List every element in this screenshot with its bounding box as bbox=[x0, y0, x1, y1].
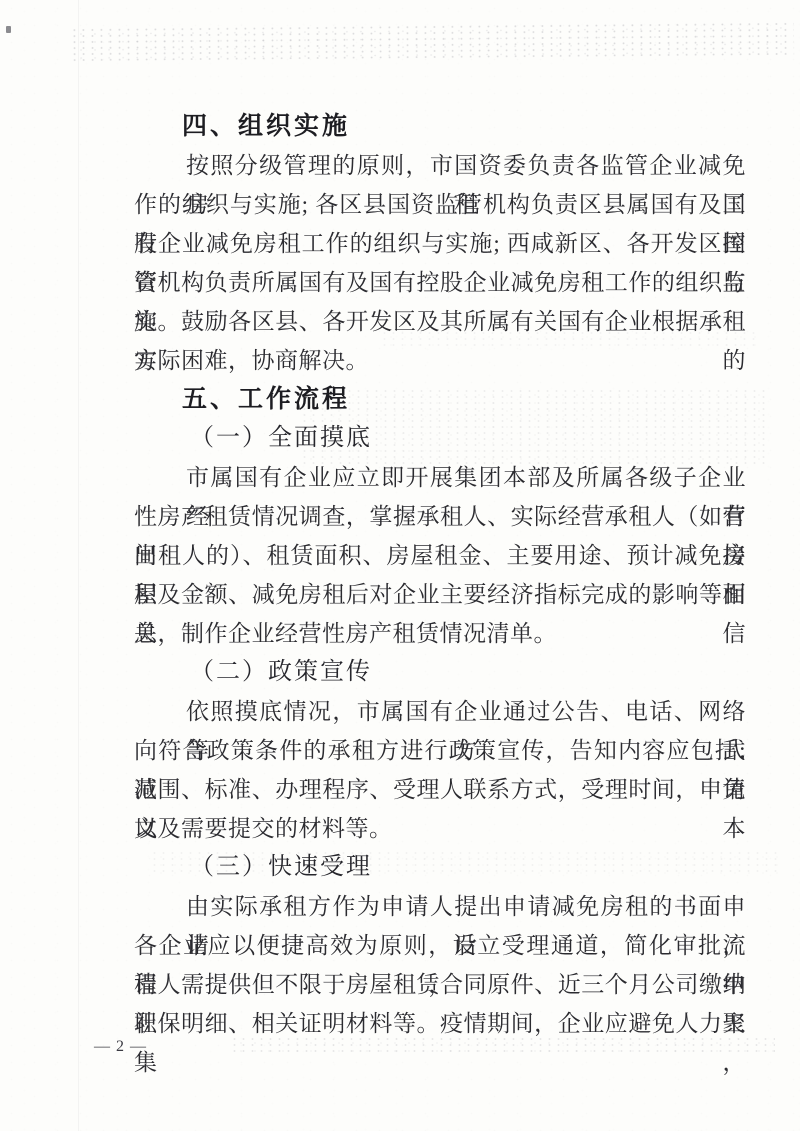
text-line: 按照分级管理的原则，市国资委负责各监管企业减免房租工 bbox=[134, 146, 746, 185]
text-line: 积及金额、减免房租后对企业主要经济指标完成的影响等相关信 bbox=[134, 575, 746, 614]
text-line: 市属国有企业应立即开展集团本部及所属各级子企业经营 bbox=[134, 458, 746, 497]
subsection-heading: （一）全面摸底 bbox=[134, 419, 746, 458]
text-line: 范围、标准、办理程序、受理人联系方式，受理时间，申请文本 bbox=[134, 770, 746, 809]
page-number: — 2 — bbox=[94, 1038, 147, 1056]
text-line: 管机构负责所属国有及国有控股企业减免房租工作的组织与实 bbox=[134, 263, 746, 302]
scan-edge-artifact bbox=[78, 0, 79, 1131]
section-heading: 四、组织实施 bbox=[134, 107, 746, 146]
text-line: 依照摸底情况，市属国有企业通过公告、电话、网络等方式 bbox=[134, 692, 746, 731]
document-body: 四、组织实施按照分级管理的原则，市国资委负责各监管企业减免房租工作的组织与实施;… bbox=[134, 107, 746, 1043]
text-line: 请人需提供但不限于房屋租赁合同原件、近三个月公司缴纳职工 bbox=[134, 965, 746, 1004]
text-line: 出租人的）、租赁面积、房屋租金、主要用途、预计减免房屋面 bbox=[134, 536, 746, 575]
text-line: 各企业应以便捷高效为原则，设立受理通道，简化审批流程，申 bbox=[134, 926, 746, 965]
scan-corner-mark bbox=[6, 26, 11, 33]
text-line: 社保明细、相关证明材料等。疫情期间，企业应避免人力聚集， bbox=[134, 1004, 746, 1043]
text-line: 施。鼓励各区县、各开发区及其所属有关国有企业根据承租方的 bbox=[134, 302, 746, 341]
text-line: 作的组织与实施; 各区县国资监管机构负责区县属国有及国有控 bbox=[134, 185, 746, 224]
text-line: 由实际承租方作为申请人提出申请减免房租的书面申请后， bbox=[134, 887, 746, 926]
text-line: 性房产租赁情况调查，掌握承租人、实际经营承租人（如有间接 bbox=[134, 497, 746, 536]
text-line: 股企业减免房租工作的组织与实施; 西咸新区、各开发区国资监 bbox=[134, 224, 746, 263]
scan-noise-band bbox=[70, 21, 794, 61]
text-line: 向符合政策条件的承租方进行政策宣传，告知内容应包括: 减免 bbox=[134, 731, 746, 770]
subsection-heading: （二）政策宣传 bbox=[134, 653, 746, 692]
scanned-document-page: 四、组织实施按照分级管理的原则，市国资委负责各监管企业减免房租工作的组织与实施;… bbox=[0, 0, 800, 1131]
subsection-heading: （三）快速受理 bbox=[134, 848, 746, 887]
section-heading: 五、工作流程 bbox=[134, 380, 746, 419]
